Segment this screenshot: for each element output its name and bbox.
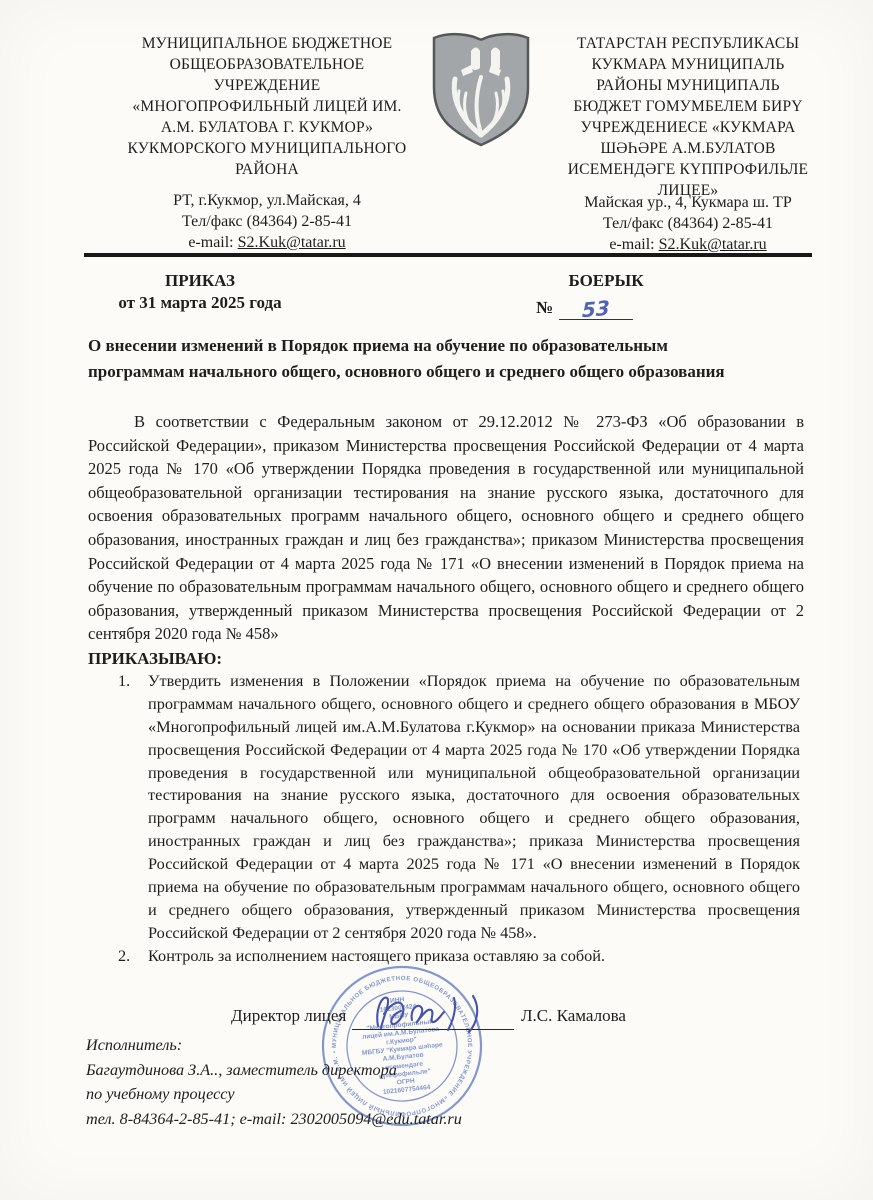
contact-block-right: Майская ур., 4, Кукмара ш. ТР Тел/факс (… <box>540 192 836 255</box>
item-2-number: 2. <box>118 945 148 968</box>
order-title-tt: БОЕРЫК <box>536 270 676 292</box>
email-label-right: e-mail: <box>609 236 654 253</box>
order-number-label: № <box>536 298 553 317</box>
decree-label: ПРИКАЗЫВАЮ: <box>88 647 804 670</box>
order-header-tt: БОЕРЫК №53 <box>536 270 676 320</box>
signature-role: Директор лицея <box>231 1006 346 1026</box>
org-name-tatar: ТАТАРСТАН РЕСПУБЛИКАСЫ КУКМАРА МУНИЦИПАЛ… <box>540 33 836 201</box>
order-number-handwritten: 53 <box>582 297 610 322</box>
order-title-ru: ПРИКАЗ <box>100 270 300 292</box>
email-address-left: S2.Kuk@tatar.ru <box>238 234 346 251</box>
director-signature-ink <box>370 990 500 1038</box>
email-address-right: S2.Kuk@tatar.ru <box>659 236 767 253</box>
order-number-line: 53 <box>559 295 633 320</box>
order-item-1: 1. Утвердить изменения в Положении «Поря… <box>88 670 804 945</box>
coat-of-arms-graphic <box>429 27 533 151</box>
contact-block-left: РТ, г.Кукмор, ул.Майская, 4 Тел/факс (84… <box>103 190 431 253</box>
signature-name: Л.С. Камалова <box>521 1006 626 1026</box>
phone-right: Тел/факс (84364) 2-85-41 <box>540 213 836 234</box>
order-header-ru: ПРИКАЗ от 31 марта 2025 года <box>100 270 300 314</box>
letterhead-divider <box>84 253 812 257</box>
item-1-text: Утвердить изменения в Положении «Порядок… <box>148 670 800 945</box>
order-subject: О внесении изменений в Порядок приема на… <box>88 333 750 385</box>
address-left: РТ, г.Кукмор, ул.Майская, 4 <box>103 190 431 211</box>
email-row-left: e-mail: S2.Kuk@tatar.ru <box>103 232 431 253</box>
email-row-right: e-mail: S2.Kuk@tatar.ru <box>540 234 836 255</box>
preamble-paragraph: В соответствии с Федеральным законом от … <box>88 410 804 646</box>
phone-left: Тел/факс (84364) 2-85-41 <box>103 211 431 232</box>
item-1-number: 1. <box>118 670 148 945</box>
order-date: от 31 марта 2025 года <box>100 292 300 314</box>
order-items: 1. Утвердить изменения в Положении «Поря… <box>88 670 804 968</box>
executor-block: Исполнитель: Багаутдинова З.А.., замести… <box>86 1033 462 1131</box>
org-name-russian: МУНИЦИПАЛЬНОЕ БЮДЖЕТНОЕ ОБЩЕОБРАЗОВАТЕЛЬ… <box>103 33 431 180</box>
document-page: МУНИЦИПАЛЬНОЕ БЮДЖЕТНОЕ ОБЩЕОБРАЗОВАТЕЛЬ… <box>0 0 873 1200</box>
order-number-row: №53 <box>536 295 676 320</box>
email-label-left: e-mail: <box>188 234 233 251</box>
address-right: Майская ур., 4, Кукмара ш. ТР <box>540 192 836 213</box>
order-body: В соответствии с Федеральным законом от … <box>88 410 804 968</box>
coat-of-arms-kukmor <box>429 27 533 151</box>
